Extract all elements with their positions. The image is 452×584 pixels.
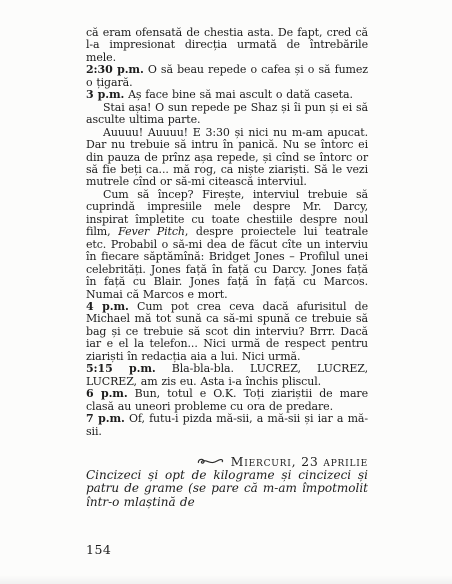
- paragraph: Auuuu! Auuuu! E 3:30 și nici nu m-am apu…: [86, 127, 368, 189]
- diary-entry-230pm: 2:30 p.m. O să beau repede o cafea și o …: [86, 64, 368, 89]
- page-number: 154: [86, 542, 111, 557]
- intro-paragraph: că eram ofensată de chestia asta. De fap…: [86, 27, 368, 64]
- film-title: Fever Pitch: [118, 225, 185, 238]
- text-column: că eram ofensată de chestia asta. De fap…: [86, 27, 368, 509]
- paragraph: Stai așa! O sun repede pe Shaz și îi pun…: [86, 102, 368, 127]
- next-entry-lead-paragraph: Cincizeci și opt de kilograme și cincize…: [86, 469, 368, 509]
- diary-entry-4pm: 4 p.m. Cum pot crea ceva dacă afurisitul…: [86, 301, 368, 363]
- entry-time-label: 5:15 p.m.: [86, 362, 156, 375]
- diary-entry-7pm: 7 p.m. Of, futu-i pizda mă-sii, a mă-sii…: [86, 413, 368, 438]
- entry-text: Cum pot crea ceva dacă afurisitul de Mic…: [86, 300, 368, 363]
- date-heading: Miercuri, 23 aprilie: [86, 455, 368, 469]
- entry-time-label: 3 p.m.: [86, 88, 124, 101]
- diary-entry-6pm: 6 p.m. Bun, totul e O.K. Toți ziariștii …: [86, 388, 368, 413]
- swash-ornament-icon: [197, 456, 224, 467]
- entry-text: Bun, totul e O.K. Toți ziariștii de mare…: [86, 387, 368, 412]
- diary-entry-515pm: 5:15 p.m. Bla-bla-bla. LUCREZ, LUCREZ, L…: [86, 363, 368, 388]
- entry-time-label: 6 p.m.: [86, 387, 128, 400]
- entry-time-label: 7 p.m.: [86, 412, 125, 425]
- entry-time-label: 2:30 p.m.: [86, 63, 144, 76]
- entry-text: Aș face bine să mai ascult o dată caseta…: [128, 88, 353, 101]
- entry-time-label: 4 p.m.: [86, 300, 129, 313]
- date-heading-label: Miercuri, 23 aprilie: [231, 454, 368, 469]
- entry-text: Of, futu-i pizda mă-sii, a mă-sii și iar…: [86, 412, 368, 437]
- paragraph: Cum să încep? Firește, interviul trebuie…: [86, 189, 368, 301]
- diary-entry-3pm: 3 p.m. Aș face bine să mai ascult o dată…: [86, 89, 368, 101]
- book-page: că eram ofensată de chestia asta. De fap…: [0, 0, 452, 584]
